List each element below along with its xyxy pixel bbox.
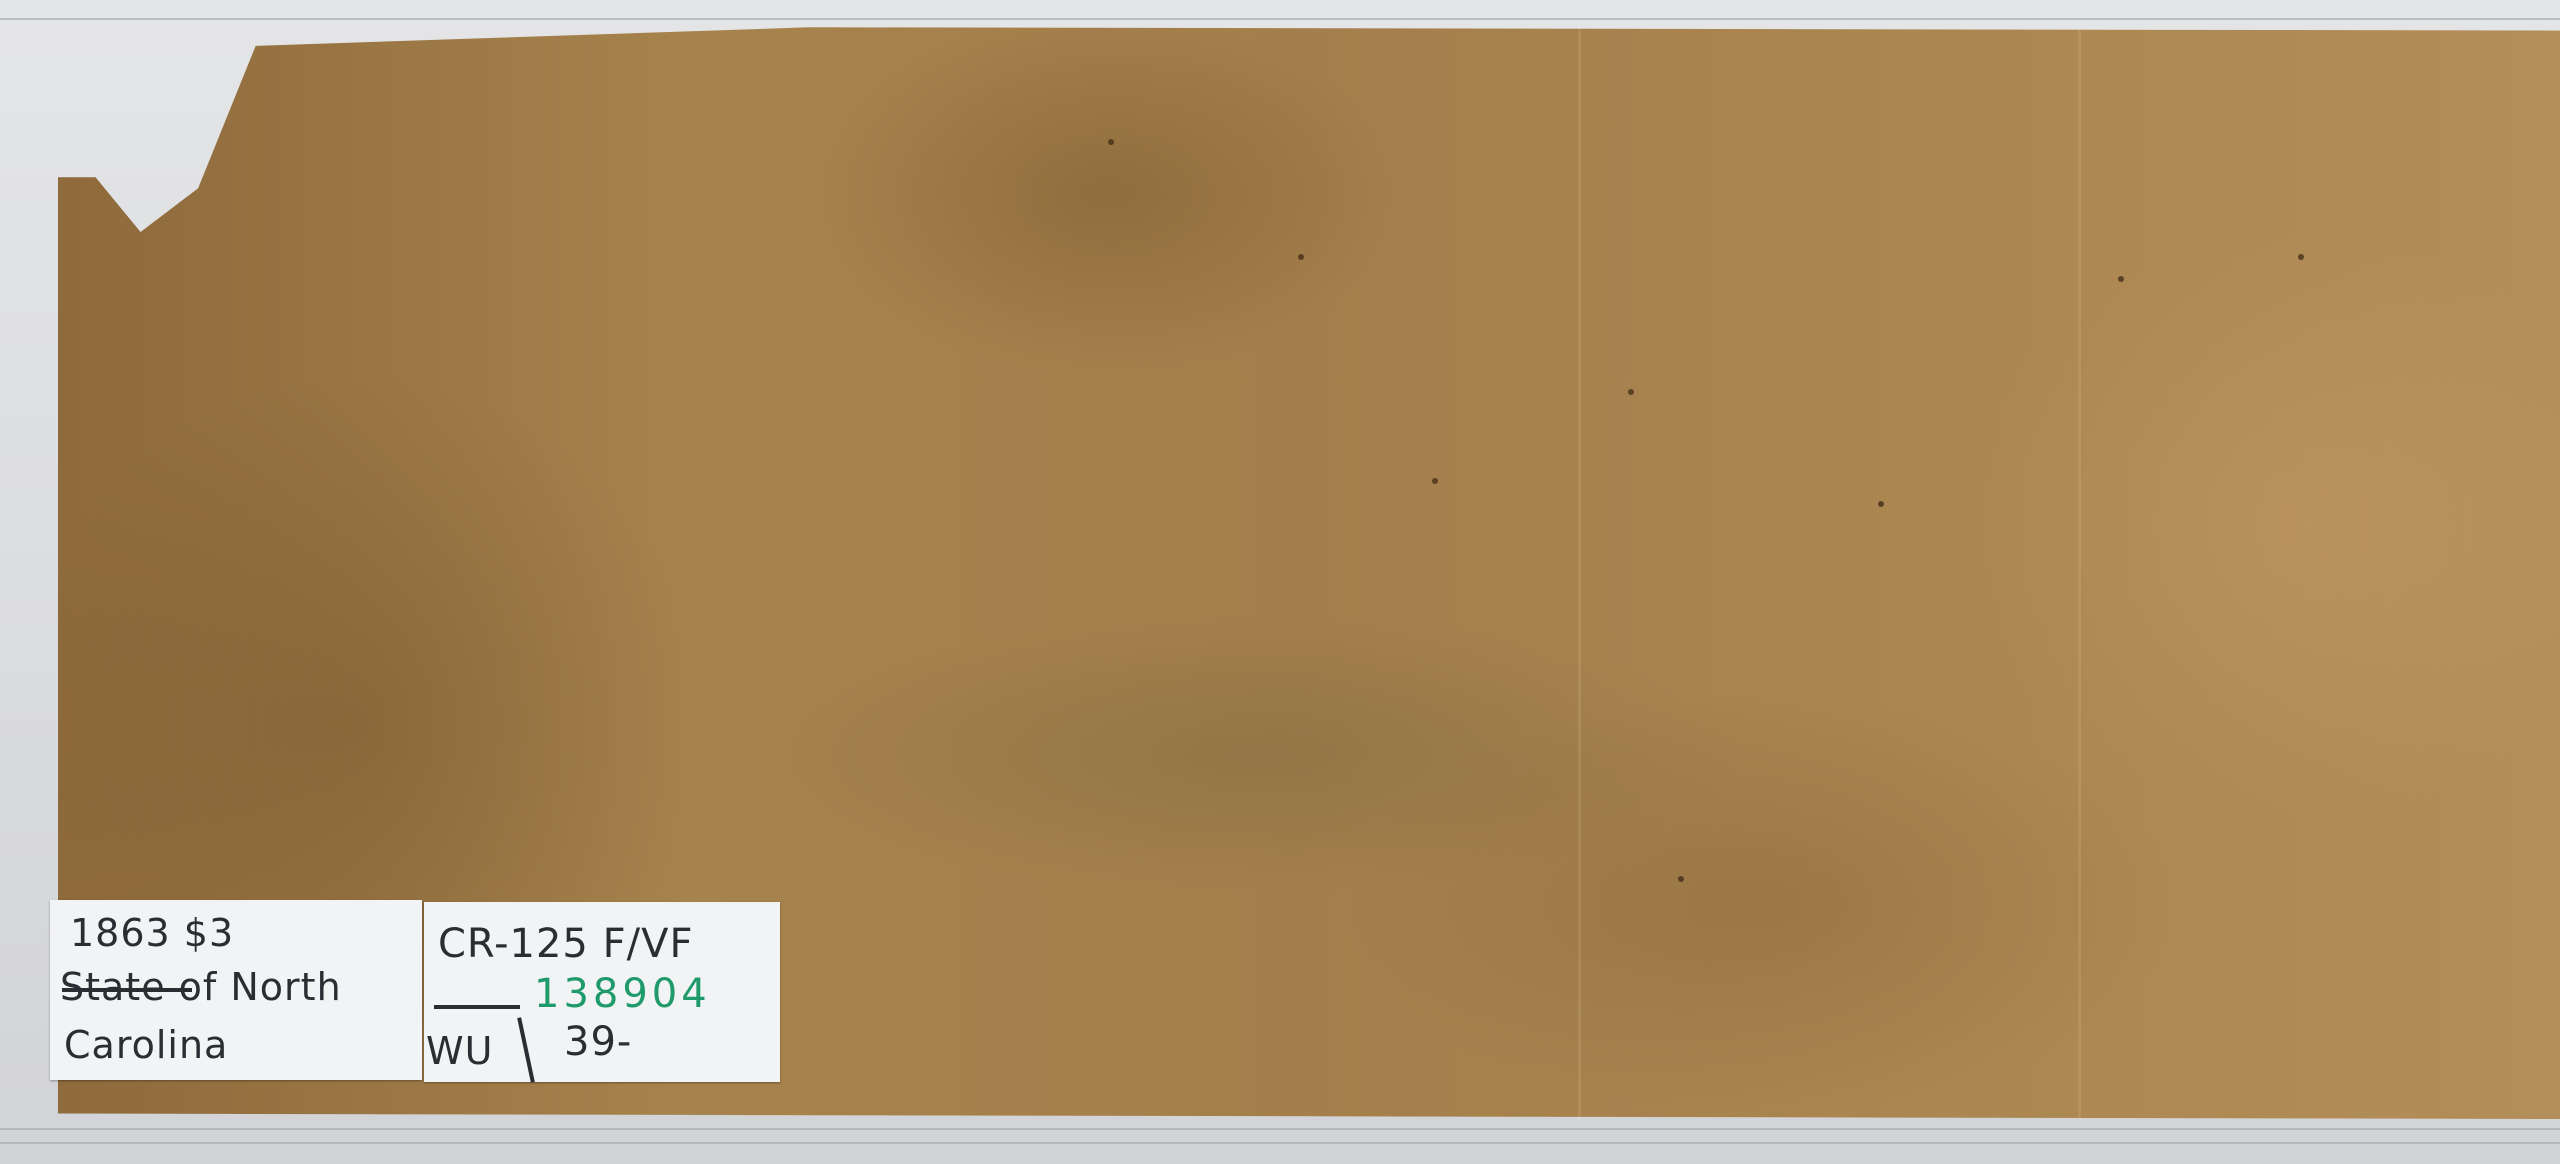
fold-crease (2078, 24, 2081, 1119)
label-serial-number: 138904 (534, 974, 711, 1014)
sleeve-edge-top (0, 18, 2560, 20)
stain-spot (1432, 478, 1438, 484)
stain-spot (2118, 276, 2124, 282)
sleeve-edge-bottom-2 (0, 1142, 2560, 1144)
stain-spot (1878, 501, 1884, 507)
stain-spot (1298, 254, 1304, 260)
stain-spot (1108, 139, 1114, 145)
label-card-left: 1863 $3 State of North Carolina (50, 900, 422, 1080)
ink-stroke (62, 988, 192, 992)
sleeve-edge-bottom (0, 1128, 2560, 1130)
label-catalog-grade: CR-125 F/VF (438, 924, 693, 964)
label-price: 39- (564, 1022, 632, 1062)
stain-spot (2298, 254, 2304, 260)
label-state: Carolina (64, 1026, 228, 1064)
label-issuer: State of North (60, 968, 342, 1006)
fold-crease (1578, 24, 1581, 1119)
label-year-denomination: 1863 $3 (70, 914, 234, 952)
ink-stroke (434, 1005, 520, 1009)
stain-spot (1678, 876, 1684, 882)
label-code: WU (426, 1032, 493, 1070)
label-card-right: CR-125 F/VF 138904 WU 39- (424, 902, 780, 1082)
stain-spot (1628, 389, 1634, 395)
ink-stroke (517, 1017, 535, 1082)
